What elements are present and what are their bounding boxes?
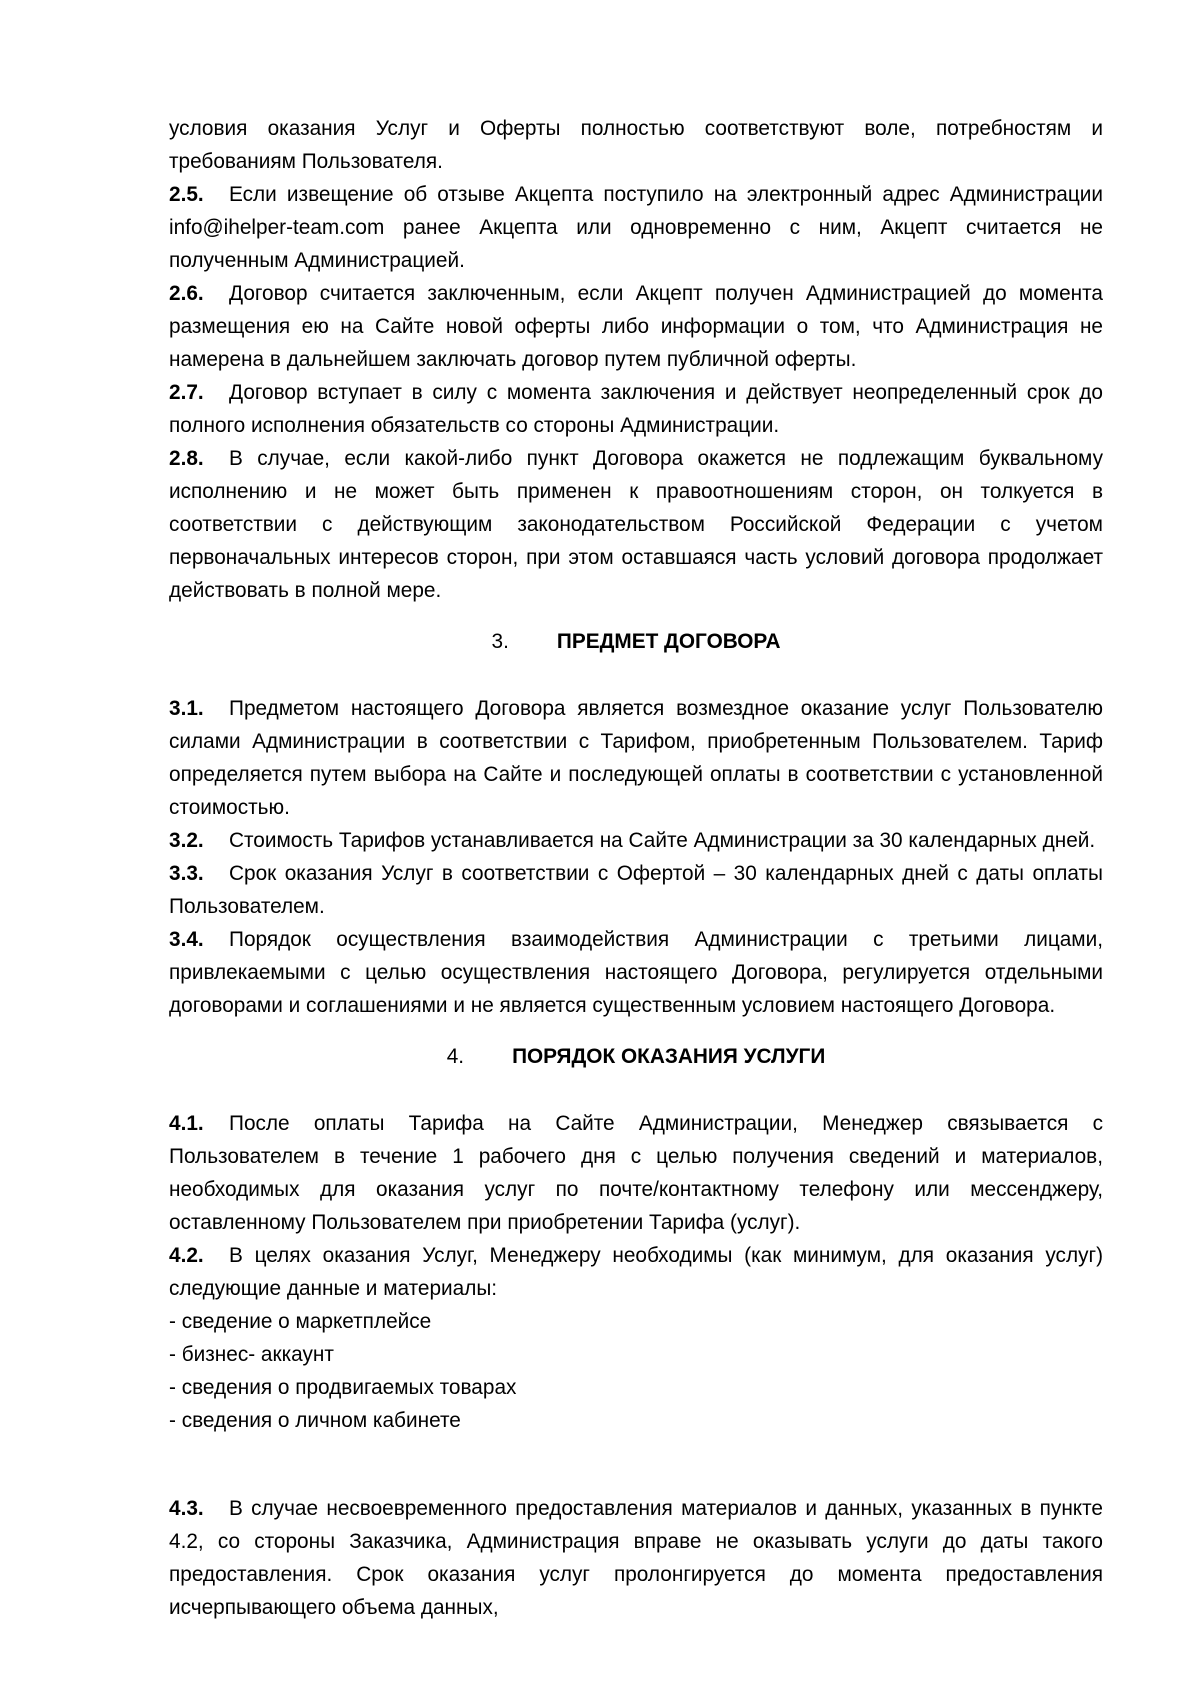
section-3-heading: 3.ПРЕДМЕТ ДОГОВОРА: [169, 625, 1103, 658]
clause-2-8-number: 2.8.: [169, 442, 229, 475]
clause-2-5: 2.5.Если извещение об отзыве Акцепта пос…: [169, 178, 1103, 277]
clause-3-3-text: Срок оказания Услуг в соответствии с Офе…: [169, 862, 1103, 918]
clause-2-6: 2.6.Договор считается заключенным, если …: [169, 277, 1103, 376]
section-4-heading: 4.ПОРЯДОК ОКАЗАНИЯ УСЛУГИ: [169, 1040, 1103, 1073]
section-4-number: 4.: [447, 1040, 464, 1073]
clause-4-2-number: 4.2.: [169, 1239, 229, 1272]
clause-3-4: 3.4.Порядок осуществления взаимодействия…: [169, 923, 1103, 1022]
clause-3-1-number: 3.1.: [169, 692, 229, 725]
materials-list-item-promoted-goods: - сведения о продвигаемых товарах: [169, 1371, 1103, 1404]
clause-3-2: 3.2.Стоимость Тарифов устанавливается на…: [169, 824, 1103, 857]
document-page: условия оказания Услуг и Оферты полность…: [0, 0, 1192, 1684]
clause-2-7-number: 2.7.: [169, 376, 229, 409]
clause-3-2-text: Стоимость Тарифов устанавливается на Сай…: [229, 829, 1095, 852]
clause-3-1: 3.1.Предметом настоящего Договора являет…: [169, 692, 1103, 824]
clause-2-7-text: Договор вступает в силу с момента заключ…: [169, 381, 1103, 437]
clause-3-3-number: 3.3.: [169, 857, 229, 890]
clause-2-5-number: 2.5.: [169, 178, 229, 211]
materials-list-item-marketplace: - сведение о маркетплейсе: [169, 1305, 1103, 1338]
section-3-number: 3.: [492, 625, 509, 658]
clause-4-1: 4.1.После оплаты Тарифа на Сайте Админис…: [169, 1107, 1103, 1239]
clause-2-6-text: Договор считается заключенным, если Акце…: [169, 282, 1103, 371]
clause-2-8: 2.8.В случае, если какой-либо пункт Дого…: [169, 442, 1103, 607]
clause-3-4-text: Порядок осуществления взаимодействия Адм…: [169, 928, 1103, 1017]
materials-list-item-personal-cabinet: - сведения о личном кабинете: [169, 1404, 1103, 1437]
section-4-title: ПОРЯДОК ОКАЗАНИЯ УСЛУГИ: [512, 1045, 825, 1068]
clause-4-3-number: 4.3.: [169, 1492, 229, 1525]
clause-4-1-number: 4.1.: [169, 1107, 229, 1140]
clause-2-5-text: Если извещение об отзыве Акцепта поступи…: [169, 183, 1103, 272]
clause-3-1-text: Предметом настоящего Договора является в…: [169, 697, 1103, 819]
clause-2-7: 2.7.Договор вступает в силу с момента за…: [169, 376, 1103, 442]
clause-3-2-number: 3.2.: [169, 824, 229, 857]
clause-4-2: 4.2.В целях оказания Услуг, Менеджеру не…: [169, 1239, 1103, 1305]
clause-4-2-text: В целях оказания Услуг, Менеджеру необхо…: [169, 1244, 1103, 1300]
section-3-title: ПРЕДМЕТ ДОГОВОРА: [557, 630, 781, 653]
materials-list-item-business-account: - бизнес- аккаунт: [169, 1338, 1103, 1371]
clause-3-4-number: 3.4.: [169, 923, 229, 956]
clause-4-1-text: После оплаты Тарифа на Сайте Администрац…: [169, 1112, 1103, 1234]
clause-4-3-text: В случае несвоевременного предоставления…: [169, 1497, 1103, 1619]
clause-4-3: 4.3.В случае несвоевременного предоставл…: [169, 1492, 1103, 1624]
clause-2-6-number: 2.6.: [169, 277, 229, 310]
clause-3-3: 3.3.Срок оказания Услуг в соответствии с…: [169, 857, 1103, 923]
clause-intro-continuation: условия оказания Услуг и Оферты полность…: [169, 112, 1103, 178]
clause-2-8-text: В случае, если какой-либо пункт Договора…: [169, 447, 1103, 602]
